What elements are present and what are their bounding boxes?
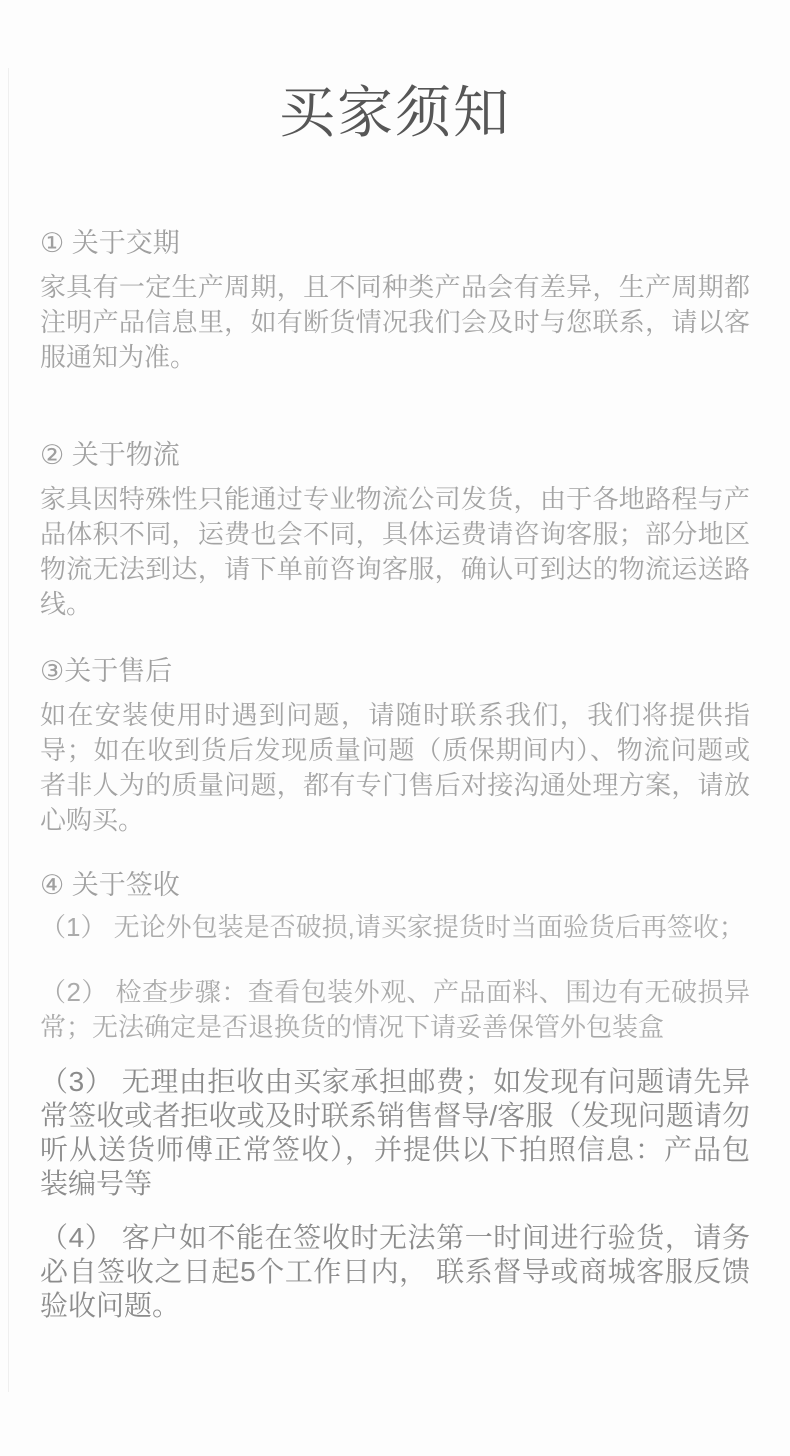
- receipt-item-1: （1） 无论外包装是否破损,请买家提货时当面验货后再签收；: [40, 910, 750, 945]
- section-paragraph: 家具有一定生产周期，且不同种类产品会有差异，生产周期都注明产品信息里，如有断货情…: [40, 270, 750, 375]
- section-delivery-time: ① 关于交期 家具有一定生产周期，且不同种类产品会有差异，生产周期都注明产品信息…: [40, 225, 750, 375]
- section-heading-sign-for-receipt: ④ 关于签收: [40, 867, 750, 903]
- receipt-item-3: （3） 无理由拒收由买家承担邮费；如发现有问题请先异常签收或者拒收或及时联系销售…: [40, 1065, 750, 1201]
- receipt-item-2: （2） 检查步骤：查看包装外观、产品面料、围边有无破损异常；无法确定是否退换货的…: [40, 975, 750, 1045]
- section-logistics: ② 关于物流 家具因特殊性只能通过专业物流公司发货，由于各地路程与产品体积不同，…: [40, 437, 750, 622]
- section-sign-for-receipt: ④ 关于签收 （1） 无论外包装是否破损,请买家提货时当面验货后再签收； （2）…: [40, 867, 750, 1323]
- section-paragraph: 家具因特殊性只能通过专业物流公司发货，由于各地路程与产品体积不同，运费也会不同，…: [40, 482, 750, 622]
- receipt-item-4: （4） 客户如不能在签收时无法第一时间进行验货，请务必自签收之日起5个工作日内，…: [40, 1221, 750, 1323]
- notice-content: 买家须知 ① 关于交期 家具有一定生产周期，且不同种类产品会有差异，生产周期都注…: [0, 83, 790, 1323]
- section-paragraph: 如在安装使用时遇到问题，请随时联系我们，我们将提供指导；如在收到货后发现质量问题…: [40, 698, 750, 838]
- buyer-notice-page: 买家须知 ① 关于交期 家具有一定生产周期，且不同种类产品会有差异，生产周期都注…: [0, 0, 790, 1456]
- page-title: 买家须知: [40, 83, 750, 143]
- section-heading-after-sales: ③关于售后: [40, 653, 750, 689]
- section-after-sales: ③关于售后 如在安装使用时遇到问题，请随时联系我们，我们将提供指导；如在收到货后…: [40, 653, 750, 838]
- section-heading-delivery-time: ① 关于交期: [40, 225, 750, 261]
- section-heading-logistics: ② 关于物流: [40, 437, 750, 473]
